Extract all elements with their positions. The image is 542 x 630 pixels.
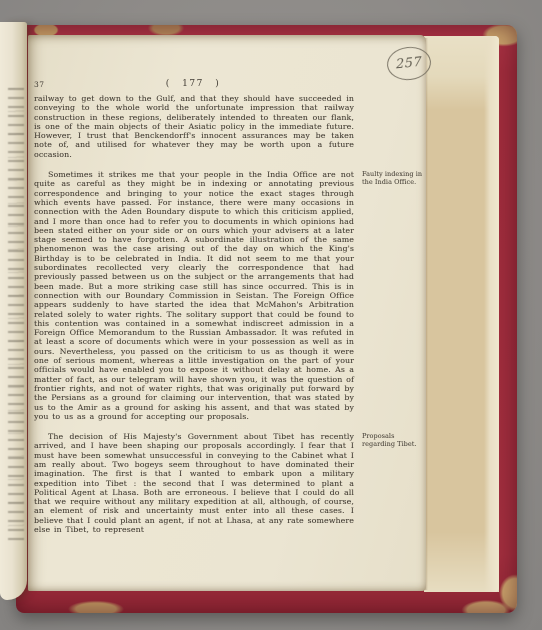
book-photo: 37 ( 177 ) railway to get down to the Gu… — [0, 0, 542, 630]
ghost-text-marks — [8, 88, 24, 544]
pencil-number: 257 — [396, 55, 423, 73]
paragraph-2: Sometimes it strikes me that your people… — [34, 170, 354, 421]
paragraph-1: railway to get down to the Gulf, and tha… — [34, 94, 354, 159]
paragraph-row-2: Sometimes it strikes me that your people… — [34, 170, 426, 421]
paragraph-3: The decision of His Majesty's Government… — [34, 432, 354, 534]
page-header: 37 ( 177 ) — [34, 79, 352, 91]
paragraph-row-3: The decision of His Majesty's Government… — [34, 432, 426, 534]
page-body-text: railway to get down to the Gulf, and tha… — [34, 94, 426, 545]
page-number: ( 177 ) — [34, 79, 352, 89]
margin-note-tibet-proposals: Proposals regarding Tibet. — [362, 433, 426, 448]
previous-page-edge — [0, 22, 27, 600]
book-page: 37 ( 177 ) railway to get down to the Gu… — [28, 35, 426, 591]
page-stack-fore-edge — [424, 36, 499, 592]
paragraph-row-1: railway to get down to the Gulf, and tha… — [34, 94, 426, 159]
fore-edge-smooth-strip — [484, 36, 499, 592]
margin-note-faulty-indexing: Faulty indexing in the India Office. — [362, 171, 426, 186]
